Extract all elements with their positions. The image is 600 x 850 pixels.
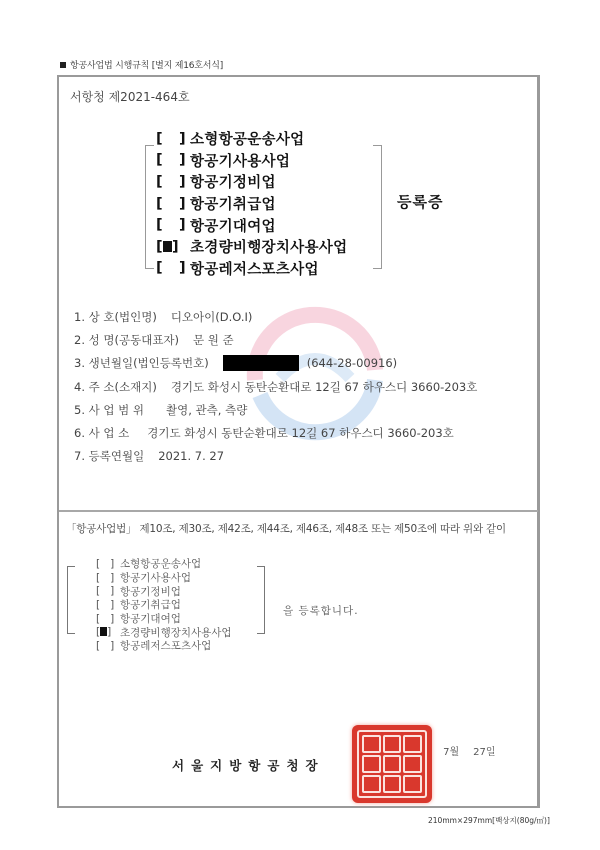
section-divider xyxy=(59,510,538,512)
category-item: [ ]항공기취급업 xyxy=(96,598,232,612)
field-value: 문 원 준 xyxy=(193,332,234,348)
category-item: [ ]소형항공운송사업 xyxy=(156,128,347,150)
field-value: 경기도 화성시 동탄순환대로 12길 67 하우스디 3660-203호 xyxy=(147,425,454,441)
category-label: 항공레저스포츠사업 xyxy=(190,258,319,279)
field-value: 디오아이(D.O.I) xyxy=(171,309,253,325)
field-address: 4. 주 소(소재지)경기도 화성시 동탄순환대로 12길 67 하우스디 36… xyxy=(74,375,477,398)
bracket-left xyxy=(145,145,154,269)
field-label: 2. 성 명(공동대표자) xyxy=(74,332,179,348)
checkbox-empty-icon: [ ] xyxy=(156,131,190,147)
checkbox-empty-icon: [ ] xyxy=(96,613,120,625)
category-label: 초경량비행장치사용사업 xyxy=(190,236,347,257)
field-company-name: 1. 상 호(법인명)디오아이(D.O.I) xyxy=(74,305,477,328)
field-label: 1. 상 호(법인명) xyxy=(74,309,157,325)
form-label: 항공사업법 시행규칙 [별지 제16호서식] xyxy=(60,58,223,71)
category-item: [ ]항공레저스포츠사업 xyxy=(156,258,347,280)
category-label: 소형항공운송사업 xyxy=(190,128,304,149)
checkbox-empty-icon: [ ] xyxy=(96,558,120,570)
official-seal-icon xyxy=(352,725,432,803)
checkbox-empty-icon: [ ] xyxy=(96,599,120,611)
category-item-checked: []초경량비행장치사용사업 xyxy=(96,625,232,639)
field-value: 2021. 7. 27 xyxy=(158,449,224,463)
checkbox-empty-icon: [ ] xyxy=(156,152,190,168)
bracket-right xyxy=(257,566,265,634)
checkbox-empty-icon: [ ] xyxy=(96,640,120,652)
category-item-checked: []초경량비행장치사용사업 xyxy=(156,236,347,258)
checkbox-empty-icon: [ ] xyxy=(156,217,190,233)
checkbox-empty-icon: [ ] xyxy=(156,260,190,276)
form-label-text: 항공사업법 시행규칙 [별지 제16호서식] xyxy=(70,61,223,71)
checkbox-empty-icon: [ ] xyxy=(96,572,120,584)
square-bullet-icon xyxy=(60,62,66,68)
field-list: 1. 상 호(법인명)디오아이(D.O.I) 2. 성 명(공동대표자)문 원 … xyxy=(74,305,477,468)
date-day: 27일 xyxy=(473,747,495,758)
field-value: 촬영, 관측, 측량 xyxy=(166,402,247,418)
checkbox-empty-icon: [ ] xyxy=(156,174,190,190)
category-item: [ ]항공기사용사업 xyxy=(156,150,347,172)
category-item: [ ]항공기사용사업 xyxy=(96,571,232,585)
field-label: 7. 등록연월일 xyxy=(74,448,144,464)
field-label: 3. 생년월일(법인등록번호) xyxy=(74,355,209,371)
registered-category-list: [ ]소형항공운송사업 [ ]항공기사용사업 [ ]항공기정비업 [ ]항공기취… xyxy=(96,557,232,653)
category-item: [ ]항공기대여업 xyxy=(156,214,347,236)
category-label: 항공레저스포츠사업 xyxy=(120,638,211,653)
checkbox-filled-icon: [] xyxy=(96,626,120,638)
field-representative: 2. 성 명(공동대표자)문 원 준 xyxy=(74,328,477,351)
field-label: 4. 주 소(소재지) xyxy=(74,379,157,395)
field-value: 경기도 화성시 동탄순환대로 12길 67 하우스디 3660-203호 xyxy=(171,379,478,395)
category-item: [ ]항공기취급업 xyxy=(156,193,347,215)
field-label: 6. 사 업 소 xyxy=(74,425,129,441)
checkbox-empty-icon: [ ] xyxy=(156,196,190,212)
category-label: 항공기대여업 xyxy=(190,215,276,236)
category-item: [ ]소형항공운송사업 xyxy=(96,557,232,571)
date-month: 7월 xyxy=(443,747,459,758)
category-label: 항공기취급업 xyxy=(190,193,276,214)
checkbox-empty-icon: [ ] xyxy=(96,585,120,597)
category-item: [ ]항공레저스포츠사업 xyxy=(96,639,232,653)
registration-number: 서항청 제2021-464호 xyxy=(70,88,190,105)
paper-spec-note: 210mm×297mm[백상지(80g/㎡)] xyxy=(428,815,550,826)
legal-basis-text: 「항공사업법」 제10조, 제30조, 제42조, 제44조, 제46조, 제4… xyxy=(66,521,506,536)
field-value: (644-28-00916) xyxy=(307,356,397,370)
field-registration-number: 3. 생년월일(법인등록번호)(644-28-00916) xyxy=(74,352,477,375)
bracket-left xyxy=(67,566,75,634)
category-item: [ ]항공기정비업 xyxy=(96,584,232,598)
category-list: [ ]소형항공운송사업 [ ]항공기사용사업 [ ]항공기정비업 [ ]항공기취… xyxy=(156,128,347,279)
field-business-office: 6. 사 업 소경기도 화성시 동탄순환대로 12길 67 하우스디 3660-… xyxy=(74,421,477,444)
category-item: [ ]항공기대여업 xyxy=(96,612,232,626)
redaction-box xyxy=(223,355,299,371)
checkbox-filled-icon: [] xyxy=(156,239,190,255)
issuer-name: 서울지방항공청장 xyxy=(172,756,325,774)
field-label: 5. 사 업 범 위 xyxy=(74,402,144,418)
field-business-scope: 5. 사 업 범 위촬영, 관측, 측량 xyxy=(74,398,477,421)
category-label: 항공기사용사업 xyxy=(190,150,290,171)
certificate-title: 등록증 xyxy=(397,191,443,212)
field-registration-date: 7. 등록연월일2021. 7. 27 xyxy=(74,445,477,468)
category-label: 항공기정비업 xyxy=(190,171,276,192)
registers-statement: 을 등록합니다. xyxy=(283,603,359,618)
category-item: [ ]항공기정비업 xyxy=(156,171,347,193)
bracket-right xyxy=(373,145,382,269)
